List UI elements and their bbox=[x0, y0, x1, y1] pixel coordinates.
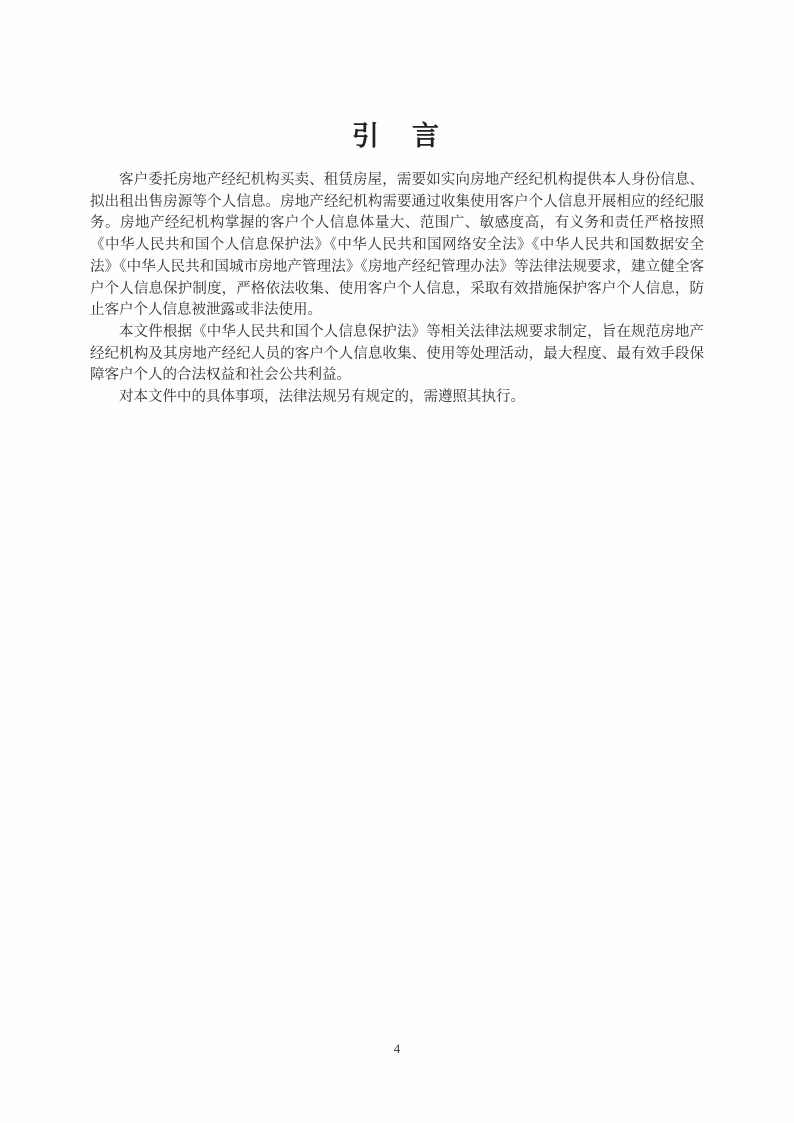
paragraph-intro-3: 对本文件中的具体事项，法律法规另有规定的，需遵照其执行。 bbox=[90, 387, 704, 409]
document-page: 引 言 客户委托房地产经纪机构买卖、租赁房屋，需要如实向房地产经纪机构提供本人身… bbox=[0, 0, 794, 1123]
paragraph-intro-1: 客户委托房地产经纪机构买卖、租赁房屋，需要如实向房地产经纪机构提供本人身份信息、… bbox=[90, 170, 704, 322]
page-number: 4 bbox=[0, 1041, 794, 1057]
document-body: 客户委托房地产经纪机构买卖、租赁房屋，需要如实向房地产经纪机构提供本人身份信息、… bbox=[90, 170, 704, 409]
paragraph-intro-2: 本文件根据《中华人民共和国个人信息保护法》等相关法律法规要求制定，旨在规范房地产… bbox=[90, 322, 704, 387]
document-title: 引 言 bbox=[0, 114, 794, 153]
